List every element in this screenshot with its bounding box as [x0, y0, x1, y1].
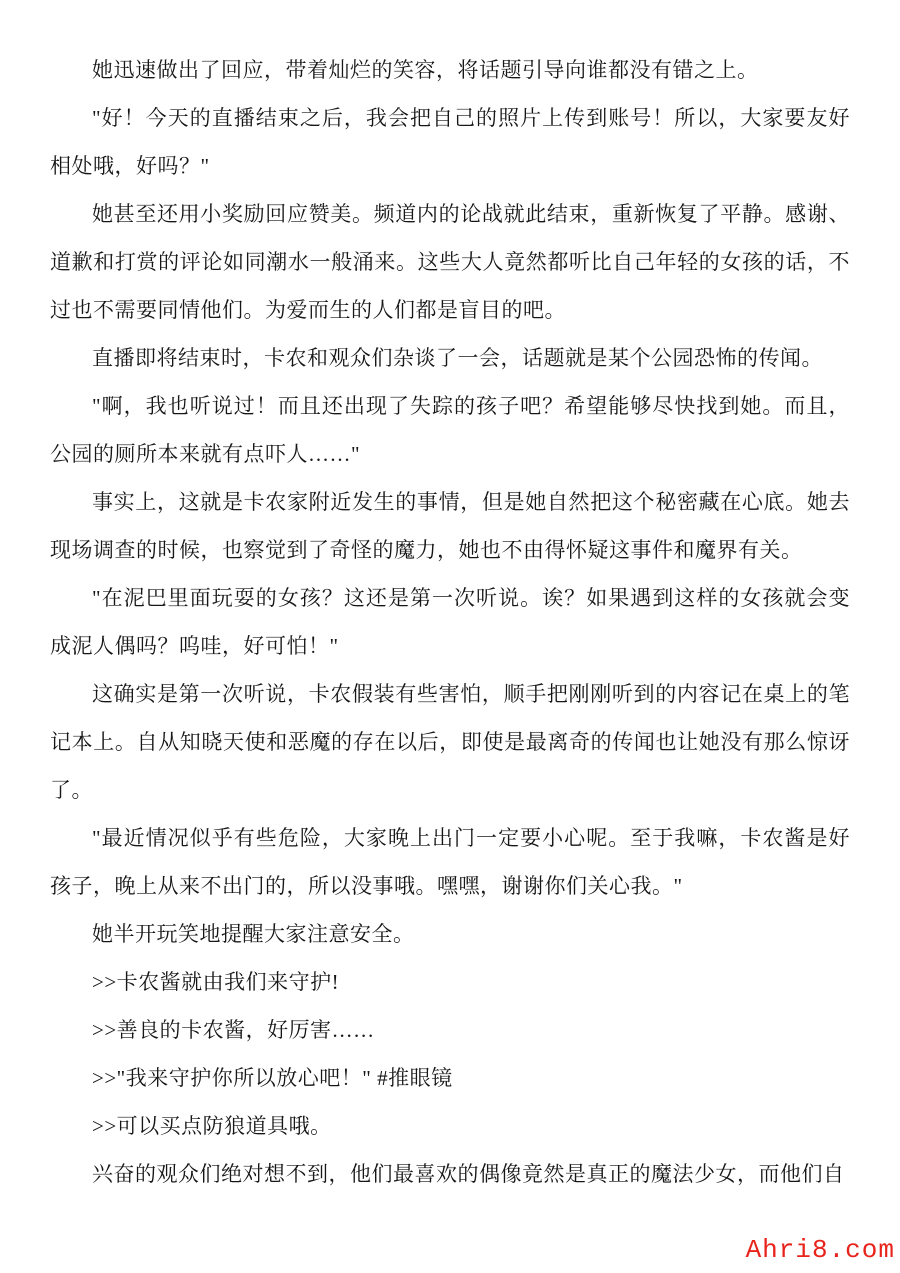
- paragraph-4: 直播即将结束时，卡农和观众们杂谈了一会，话题就是某个公园恐怖的传闻。: [50, 334, 850, 382]
- comment-line-4: >>可以买点防狼道具哦。: [50, 1102, 850, 1150]
- comment-line-3: >>"我来守护你所以放心吧！" #推眼镜: [50, 1054, 850, 1102]
- site-watermark: Ahri8.com: [746, 1235, 895, 1265]
- paragraph-5: "啊，我也听说过！而且还出现了失踪的孩子吧？希望能够尽快找到她。而且，公园的厕所…: [50, 382, 850, 478]
- paragraph-1: 她迅速做出了回应，带着灿烂的笑容，将话题引导向谁都没有错之上。: [50, 46, 850, 94]
- paragraph-2: "好！今天的直播结束之后，我会把自己的照片上传到账号！所以，大家要友好相处哦，好…: [50, 94, 850, 190]
- paragraph-6: 事实上，这就是卡农家附近发生的事情，但是她自然把这个秘密藏在心底。她去现场调查的…: [50, 478, 850, 574]
- paragraph-9: "最近情况似乎有些危险，大家晚上出门一定要小心呢。至于我嘛，卡农酱是好孩子，晚上…: [50, 814, 850, 910]
- comment-line-2: >>善良的卡农酱，好厉害……: [50, 1006, 850, 1054]
- paragraph-7: "在泥巴里面玩耍的女孩？这还是第一次听说。诶？如果遇到这样的女孩就会变成泥人偶吗…: [50, 574, 850, 670]
- paragraph-11: 兴奋的观众们绝对想不到，他们最喜欢的偶像竟然是真正的魔法少女，而他们自: [50, 1150, 850, 1198]
- paragraph-10: 她半开玩笑地提醒大家注意安全。: [50, 910, 850, 958]
- paragraph-8: 这确实是第一次听说，卡农假装有些害怕，顺手把刚刚听到的内容记在桌上的笔记本上。自…: [50, 670, 850, 814]
- comment-line-1: >>卡农酱就由我们来守护!: [50, 958, 850, 1006]
- novel-page: 她迅速做出了回应，带着灿烂的笑容，将话题引导向谁都没有错之上。 "好！今天的直播…: [0, 0, 900, 1273]
- novel-text-block: 她迅速做出了回应，带着灿烂的笑容，将话题引导向谁都没有错之上。 "好！今天的直播…: [50, 46, 850, 1198]
- paragraph-3: 她甚至还用小奖励回应赞美。频道内的论战就此结束，重新恢复了平静。感谢、道歉和打赏…: [50, 190, 850, 334]
